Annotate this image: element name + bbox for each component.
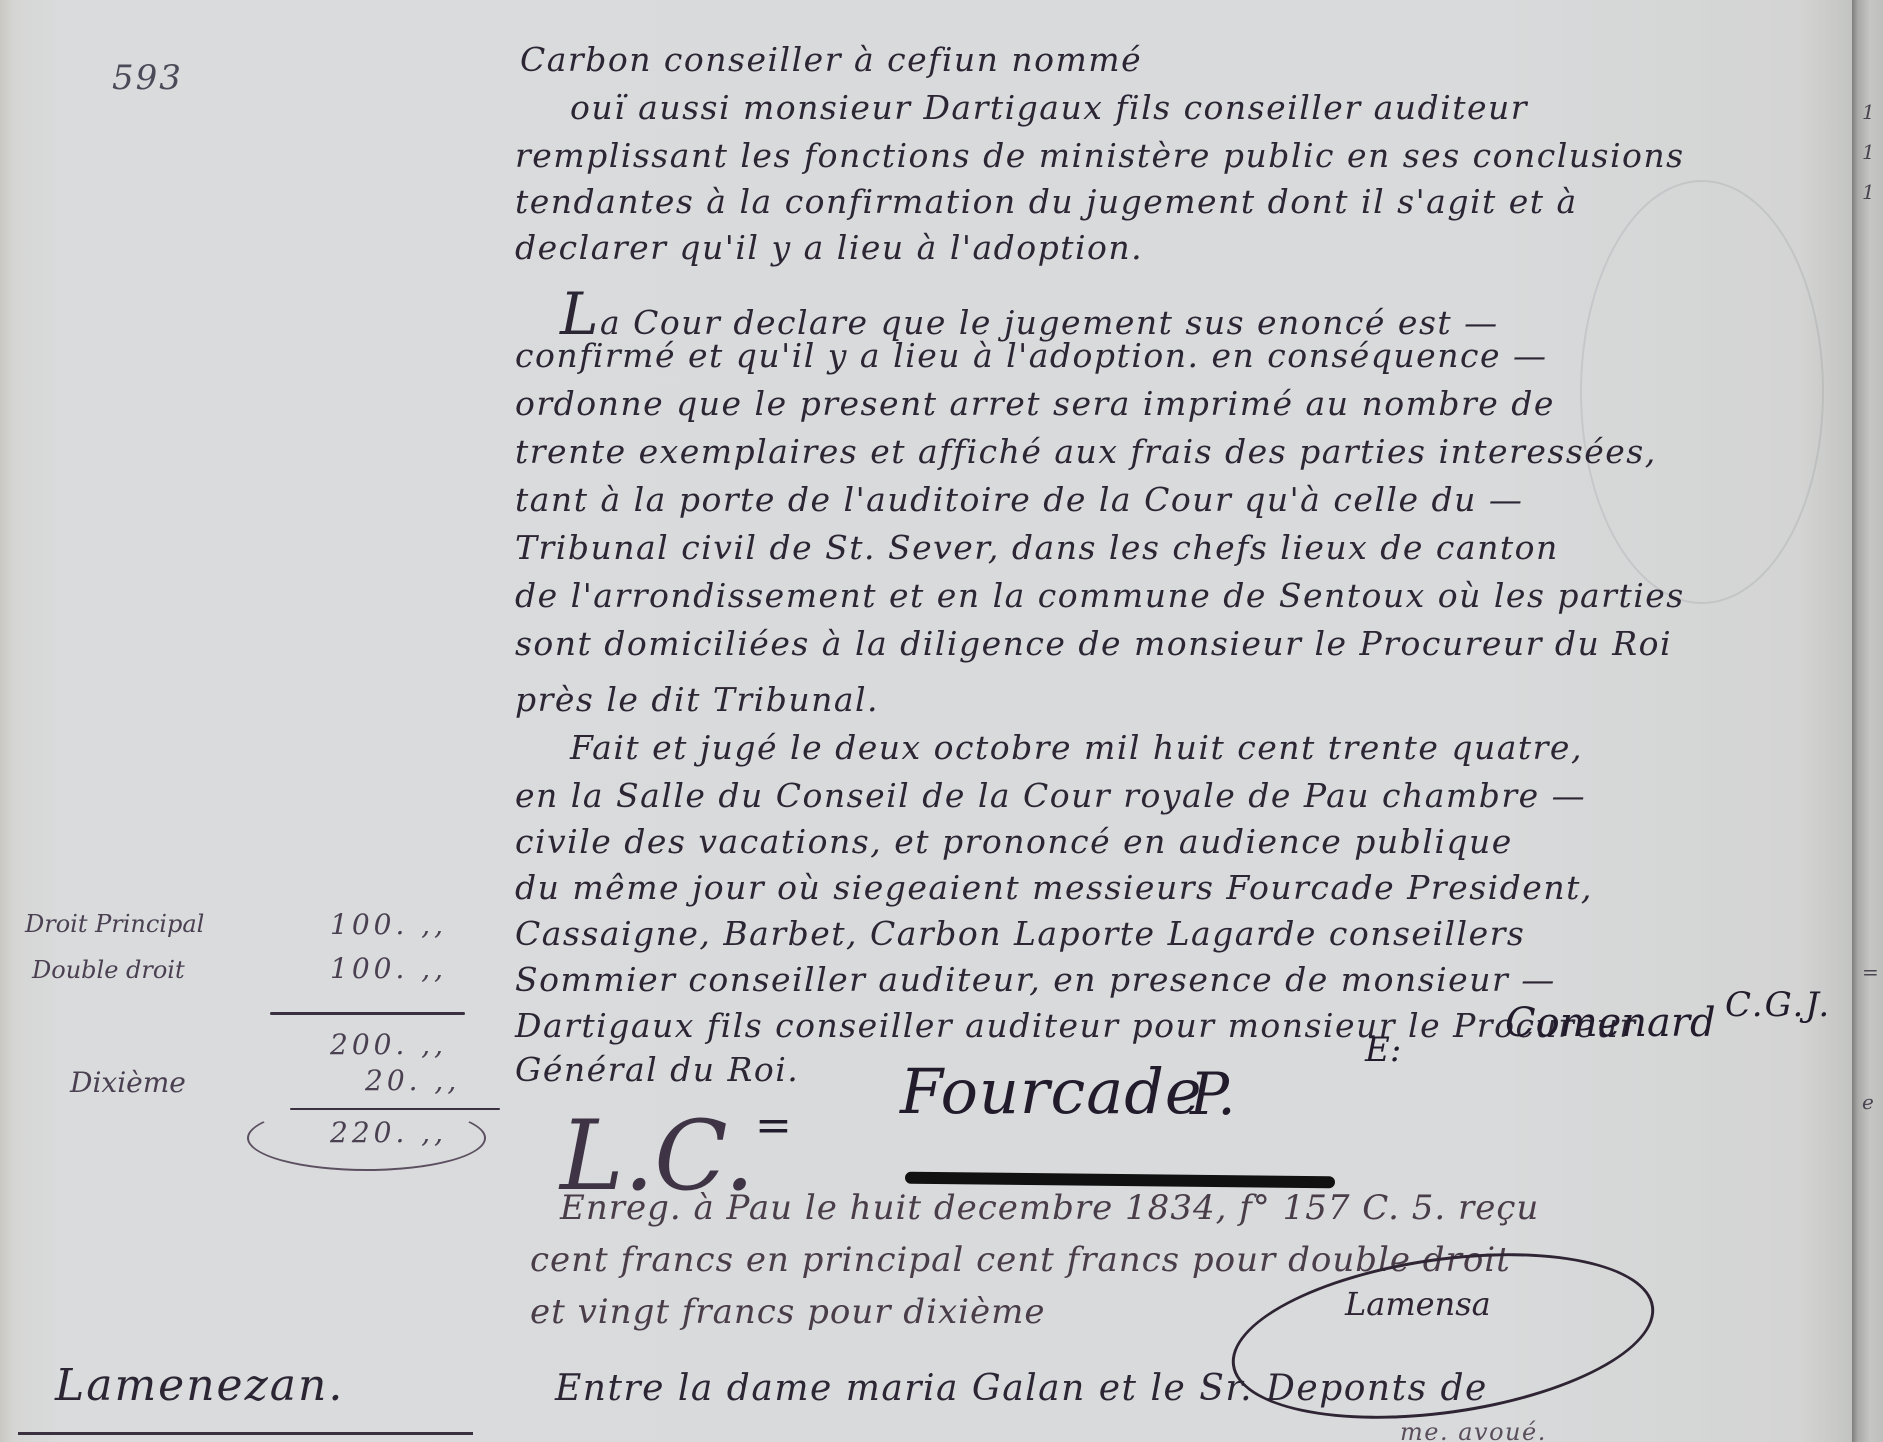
next-page-fragment: e [1862, 1090, 1883, 1114]
ledger-subtotal: 200. ,, [330, 1028, 447, 1061]
text-line: Carbon conseiller à cefiun nommé [520, 40, 1142, 79]
folio-number: 593 [112, 58, 183, 98]
text-line: Sommier conseiller auditeur, en presence… [515, 960, 1556, 999]
text-line: confirmé et qu'il y a lieu à l'adoption.… [515, 336, 1547, 375]
margin-fee-ledger: Droit Principal 100. ,, Double droit 100… [0, 880, 500, 1140]
text-line: sont domiciliées à la diligence de monsi… [515, 624, 1672, 663]
signature-president-suffix: P. [1190, 1060, 1236, 1128]
registration-line: Enreg. à Pau le huit decembre 1834, f° 1… [560, 1188, 1539, 1228]
next-page-fragment: 1 [1862, 180, 1883, 204]
manuscript-page: 593 Carbon conseiller à cefiun nommé ouï… [0, 0, 1852, 1442]
ledger-total: 220. ,, [330, 1116, 447, 1149]
next-page-fragment: 1 [1862, 100, 1883, 124]
margin-signature: Lamenezan. [55, 1360, 344, 1411]
text-line: Fait et jugé le deux octobre mil huit ce… [570, 728, 1583, 767]
signature-president: Fourcade [900, 1055, 1203, 1128]
next-page-fragment: 1 [1862, 140, 1883, 164]
text-line: tendantes à la confirmation du jugement … [515, 182, 1578, 221]
text-line: près le dit Tribunal. [515, 680, 879, 719]
text-line: du même jour où siegeaient messieurs Fou… [515, 868, 1593, 907]
ledger-label: Droit Principal [25, 910, 204, 938]
ledger-label: Double droit [32, 956, 185, 984]
text-line: trente exemplaires et affiché aux frais … [515, 432, 1657, 471]
registration-line: et vingt francs pour dixième [530, 1292, 1045, 1332]
ledger-tenth-amount: 20. ,, [365, 1064, 460, 1097]
text-line: en la Salle du Conseil de la Cour royale… [515, 776, 1586, 815]
signature-e-mark: E: [1365, 1030, 1401, 1070]
faded-stamp-impression [1580, 180, 1824, 604]
text-line: declarer qu'il y a lieu à l'adoption. [515, 228, 1143, 267]
text-line: remplissant les fonctions de ministère p… [515, 136, 1685, 175]
next-page-fragment: = [1862, 960, 1883, 984]
text-line: ordonne que le present arret sera imprim… [515, 384, 1555, 423]
ledger-rule [270, 1012, 465, 1015]
next-entry-line: Entre la dame maria Galan et le Sr. Depo… [555, 1368, 1488, 1409]
ledger-amount: 100. ,, [330, 952, 447, 985]
text-line: civile des vacations, et prononcé en aud… [515, 822, 1513, 861]
margin-bottom-rule [18, 1432, 473, 1435]
next-entry-subline: me. avoué. [1400, 1418, 1547, 1442]
registration-signature: Lamensa [1345, 1285, 1491, 1323]
text-line: Dartigaux fils conseiller auditeur pour … [515, 1006, 1637, 1045]
text-line: Général du Roi. [515, 1050, 799, 1089]
signature-equals-mark: = [755, 1100, 792, 1151]
text-line: ouï aussi monsieur Dartigaux fils consei… [570, 88, 1528, 127]
ledger-amount: 100. ,, [330, 908, 447, 941]
next-page-edge: 1 1 1 = e [1862, 0, 1883, 1442]
signature-clerk: Comenard [1505, 1000, 1716, 1046]
text-line: tant à la porte de l'auditoire de la Cou… [515, 480, 1523, 519]
ink-strike-line [905, 1172, 1335, 1189]
signature-clerk-suffix: C.G.J. [1725, 985, 1831, 1025]
text-line: Tribunal civil de St. Sever, dans les ch… [515, 528, 1559, 567]
ledger-label-tenth: Dixième [70, 1066, 186, 1099]
text-line: de l'arrondissement et en la commune de … [515, 576, 1685, 615]
text-line: Cassaigne, Barbet, Carbon Laporte Lagard… [515, 914, 1525, 953]
